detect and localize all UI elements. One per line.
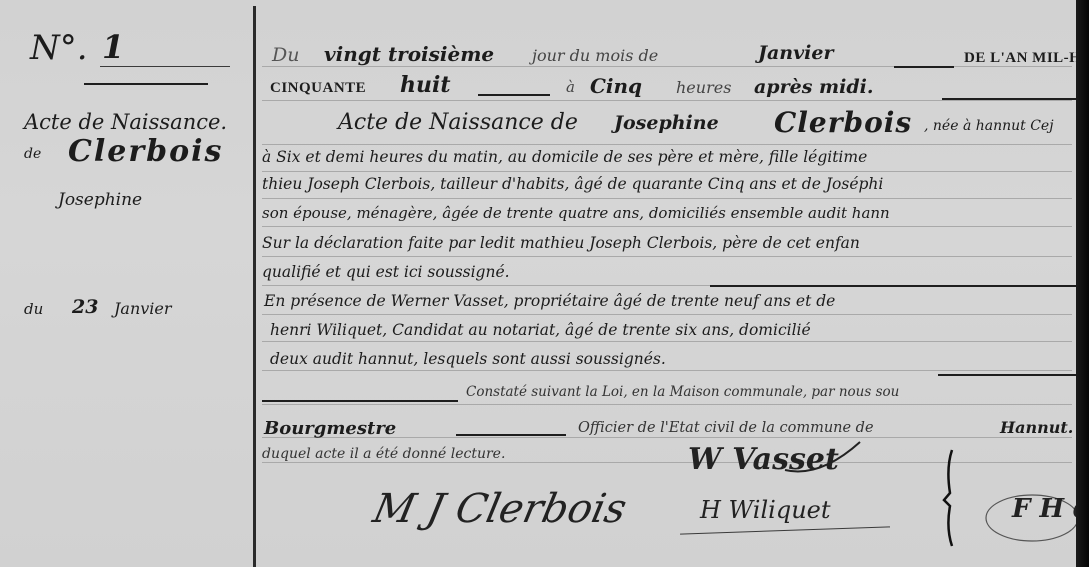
line1-printed: DE L'AN MIL-HUIT (964, 50, 1089, 67)
ruled-line (262, 341, 1072, 342)
line3-lead: Acte de Naissance de (338, 110, 578, 135)
column-divider (253, 6, 256, 567)
line13-rule (456, 434, 566, 436)
margin-de: de (24, 146, 41, 162)
line2-end-rule (942, 98, 1076, 100)
line3-given-name: Josephine (614, 112, 719, 134)
line13-commune: Hannut. (1000, 418, 1073, 437)
line13-title: Bourgmestre (264, 418, 396, 439)
line1-month: Janvier (758, 42, 833, 64)
line2-a: à (566, 78, 575, 96)
margin-date-day: 23 (72, 296, 98, 318)
line2-period: après midi. (754, 76, 873, 98)
line1-du: Du (272, 44, 299, 66)
ruled-line (262, 226, 1072, 227)
register-page: N°. 1 Acte de Naissance. de Clerbois Jos… (0, 0, 1076, 567)
line2-heures: heures (676, 78, 731, 97)
line1-jour: jour du mois de (532, 46, 658, 65)
margin-date-month: Janvier (114, 299, 172, 318)
act-number: 1 (102, 28, 124, 66)
signature-father: M J Clerbois (369, 486, 630, 532)
margin-date-prefix: du (24, 300, 43, 318)
signature-witness2: H Wiliquet (700, 496, 831, 524)
line7: Sur la déclaration faite par ledit mathi… (262, 234, 860, 252)
line9: En présence de Werner Vasset, propriétai… (264, 292, 835, 310)
page-edge (1076, 0, 1089, 567)
line2-printed: CINQUANTE (270, 80, 366, 97)
line2-year: huit (400, 72, 451, 98)
line4: à Six et demi heures du matin, au domici… (262, 148, 867, 166)
ruled-line (262, 314, 1072, 315)
line13-rest: Officier de l'Etat civil de la commune d… (578, 420, 874, 436)
line8-rule (710, 285, 1076, 287)
line5: thieu Joseph Clerbois, tailleur d'habits… (262, 175, 883, 193)
ruled-line (262, 100, 1072, 101)
margin-surname: Clerbois (68, 134, 223, 169)
line3-rest: , née à hannut Cej (924, 118, 1054, 134)
ruled-line (262, 144, 1072, 145)
ruled-line (262, 198, 1072, 199)
ruled-line (262, 404, 1072, 405)
brace-icon (940, 448, 960, 548)
number-underline (100, 66, 230, 67)
line1-rule (894, 66, 954, 68)
ruled-line (262, 256, 1072, 257)
line8: qualifié et qui est ici soussigné. (262, 263, 510, 281)
line12: Constaté suivant la Loi, en la Maison co… (466, 384, 899, 400)
line14: duquel acte il a été donné lecture. (262, 446, 505, 462)
line12-rule (262, 400, 458, 402)
line11-rule (938, 374, 1076, 376)
margin-act-title: Acte de Naissance. (24, 110, 227, 134)
ruled-line (262, 370, 1072, 371)
signature-flourish-icon (780, 438, 870, 478)
line10: henri Wiliquet, Candidat au notariat, âg… (270, 321, 811, 339)
number-rule (84, 83, 208, 85)
line6: son épouse, ménagère, âgée de trente qua… (262, 204, 890, 222)
line2-rule (478, 94, 550, 96)
margin-column: N°. 1 Acte de Naissance. de Clerbois Jos… (0, 0, 252, 567)
margin-given-name: Josephine (58, 190, 142, 210)
line1-day: vingt troisième (324, 42, 494, 66)
ruled-line (262, 171, 1072, 172)
signature-underline (680, 526, 890, 534)
line3-surname: Clerbois (774, 106, 912, 139)
number-prefix: N°. (30, 28, 88, 68)
line2-hour: Cinq (590, 74, 642, 98)
line11: deux audit hannut, lesquels sont aussi s… (270, 350, 666, 368)
